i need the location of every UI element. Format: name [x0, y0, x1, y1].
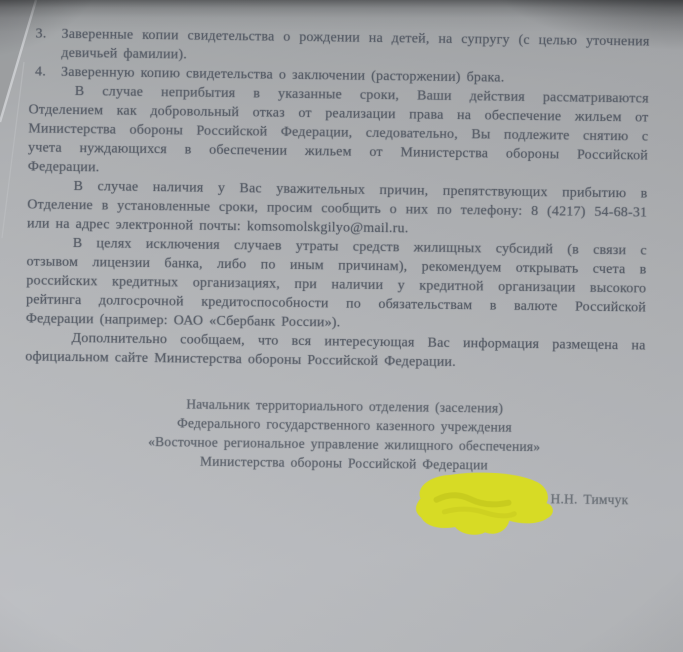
signature-title-block: Начальник территориального отделения (за… [34, 392, 655, 476]
paragraph-bank-recommendation: В целях исключения случаев утраты средст… [26, 233, 647, 336]
list-number: 4. [35, 62, 46, 81]
document-page: 3. Заверенные копии свидетельства о рожд… [0, 0, 683, 567]
paragraph-contact-info: В случае наличия у Вас уважительных прич… [27, 176, 648, 241]
document-photo: 3. Заверенные копии свидетельства о рожд… [0, 0, 683, 652]
signer-name: Н.Н. Тимчук [550, 489, 628, 509]
paragraph-additional-info: Дополнительно сообщаем, что вся интересу… [25, 328, 645, 374]
signature-row: Н.Н. Тимчук [23, 468, 644, 566]
list-number: 3. [35, 24, 46, 43]
paragraph-no-show-consequences: В случае неприбытия в указанные сроки, В… [28, 81, 649, 184]
